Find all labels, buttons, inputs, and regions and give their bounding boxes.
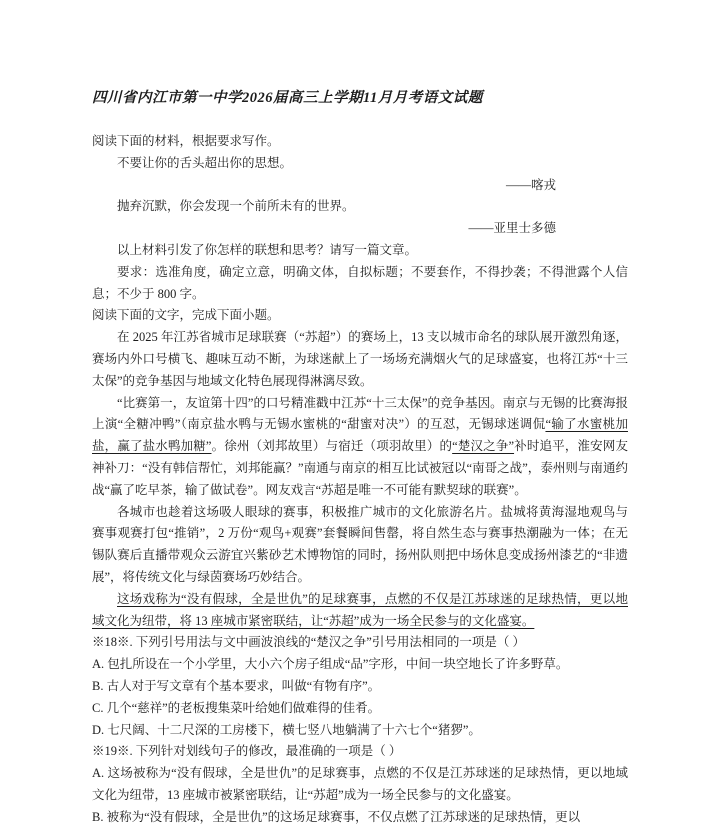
question-19-stem: ※19※. 下列针对划线句子的修改，最准确的一项是（ ）: [92, 741, 628, 763]
writing-task-requirements: 要求：选准角度，确定立意，明确文体，自拟标题；不要套作，不得抄袭；不得泄露个人信…: [92, 262, 628, 306]
document-body: 阅读下面的材料，根据要求写作。不要让你的舌头超出你的思想。——喀戎抛弃沉默，你会…: [92, 131, 628, 825]
text-run: 阅读下面的材料，根据要求写作。: [92, 134, 280, 148]
text-run: B. 被称为“没有假球，全是世仇”的这场足球赛事，不仅点燃了江苏球迷的足球热情，…: [92, 810, 580, 824]
passage-paragraph-2: “比赛第一，友谊第十四”的口号精准戳中江苏“十三太保”的竞争基因。南京与无锡的比…: [92, 393, 628, 502]
text-run: 抛弃沉默，你会发现一个前所未有的世界。: [117, 199, 355, 213]
text-run: D. 七尺阔、十二尺深的工房楼下，横七竖八地躺满了十六七个“猪猡”。: [92, 723, 481, 737]
text-run: ——喀戎: [506, 178, 556, 192]
question-19-option-a: A. 这场被称为“没有假球，全是世仇”的足球赛事，点燃的不仅是江苏球迷的足球热情…: [92, 763, 628, 807]
text-run: ——亚里士多德: [468, 221, 556, 235]
page-content: 四川省内江市第一中学2026届高三上学期11月月考语文试题 阅读下面的材料，根据…: [0, 0, 718, 825]
passage-paragraph-3: 各城市也趁着这场吸人眼球的赛事，积极推广城市的文化旅游名片。盐城将黄海湿地观鸟与…: [92, 502, 628, 589]
text-run: A. 这场被称为“没有假球，全是世仇”的足球赛事，点燃的不仅是江苏球迷的足球热情…: [92, 766, 628, 802]
text-run: 各城市也趁着这场吸人眼球的赛事，积极推广城市的文化旅游名片。盐城将黄海湿地观鸟与…: [92, 505, 628, 584]
text-run: 以上材料引发了你怎样的联想和思考？请写一篇文章。: [117, 243, 417, 257]
question-19-option-b: B. 被称为“没有假球，全是世仇”的这场足球赛事，不仅点燃了江苏球迷的足球热情，…: [92, 807, 628, 825]
text-run: ※18※. 下列引号用法与文中画波浪线的“楚汉之争”引号用法相同的一项是（ ）: [92, 635, 525, 649]
text-run: 。徐州（刘邦故里）与宿迁（项羽故里）的: [211, 439, 452, 453]
text-run: 在 2025 年江苏省城市足球联赛（“苏超”）的赛场上，13 支以城市命名的球队…: [92, 330, 628, 388]
text-run: B. 古人对于写文章有个基本要求，叫做“有物有序”。: [92, 679, 380, 693]
underlined-text-run: 这场戏称为“没有假球，全是世仇”的足球赛事，点燃的不仅是江苏球迷的足球热情，更以…: [92, 592, 628, 628]
passage-paragraph-4-underlined: 这场戏称为“没有假球，全是世仇”的足球赛事，点燃的不仅是江苏球迷的足球热情，更以…: [92, 589, 628, 633]
question-18-stem: ※18※. 下列引号用法与文中画波浪线的“楚汉之争”引号用法相同的一项是（ ）: [92, 632, 628, 654]
writing-task-intro: 阅读下面的材料，根据要求写作。: [92, 131, 628, 153]
quote-1-attribution: ——喀戎: [92, 175, 628, 197]
question-18-option-a: A. 包扎所设在一个小学里，大小六个房子组成“品”字形，中间一块空地长了许多野草…: [92, 654, 628, 676]
text-run: C. 几个“慈祥”的老板搜集菜叶给她们做难得的佳肴。: [92, 701, 380, 715]
text-run: ※19※. 下列针对划线句子的修改，最准确的一项是（ ）: [92, 744, 401, 758]
writing-task-prompt: 以上材料引发了你怎样的联想和思考？请写一篇文章。: [92, 240, 628, 262]
quote-2: 抛弃沉默，你会发现一个前所未有的世界。: [92, 196, 628, 218]
text-run: 不要让你的舌头超出你的思想。: [117, 156, 292, 170]
question-18-option-b: B. 古人对于写文章有个基本要求，叫做“有物有序”。: [92, 676, 628, 698]
page-title: 四川省内江市第一中学2026届高三上学期11月月考语文试题: [92, 86, 628, 107]
text-run: 阅读下面的文字，完成下面小题。: [92, 308, 280, 322]
quote-1: 不要让你的舌头超出你的思想。: [92, 153, 628, 175]
question-18-option-d: D. 七尺阔、十二尺深的工房楼下，横七竖八地躺满了十六七个“猪猡”。: [92, 720, 628, 742]
underlined-text-run: “楚汉之争”: [452, 439, 514, 453]
text-run: 要求：选准角度，确定立意，明确文体，自拟标题；不要套作，不得抄袭；不得泄露个人信…: [92, 265, 628, 301]
passage-paragraph-1: 在 2025 年江苏省城市足球联赛（“苏超”）的赛场上，13 支以城市命名的球队…: [92, 327, 628, 392]
reading-task-intro: 阅读下面的文字，完成下面小题。: [92, 305, 628, 327]
exam-paper-page: 四川省内江市第一中学2026届高三上学期11月月考语文试题 阅读下面的材料，根据…: [0, 0, 718, 825]
text-run: A. 包扎所设在一个小学里，大小六个房子组成“品”字形，中间一块空地长了许多野草…: [92, 657, 568, 671]
quote-2-attribution: ——亚里士多德: [92, 218, 628, 240]
question-18-option-c: C. 几个“慈祥”的老板搜集菜叶给她们做难得的佳肴。: [92, 698, 628, 720]
